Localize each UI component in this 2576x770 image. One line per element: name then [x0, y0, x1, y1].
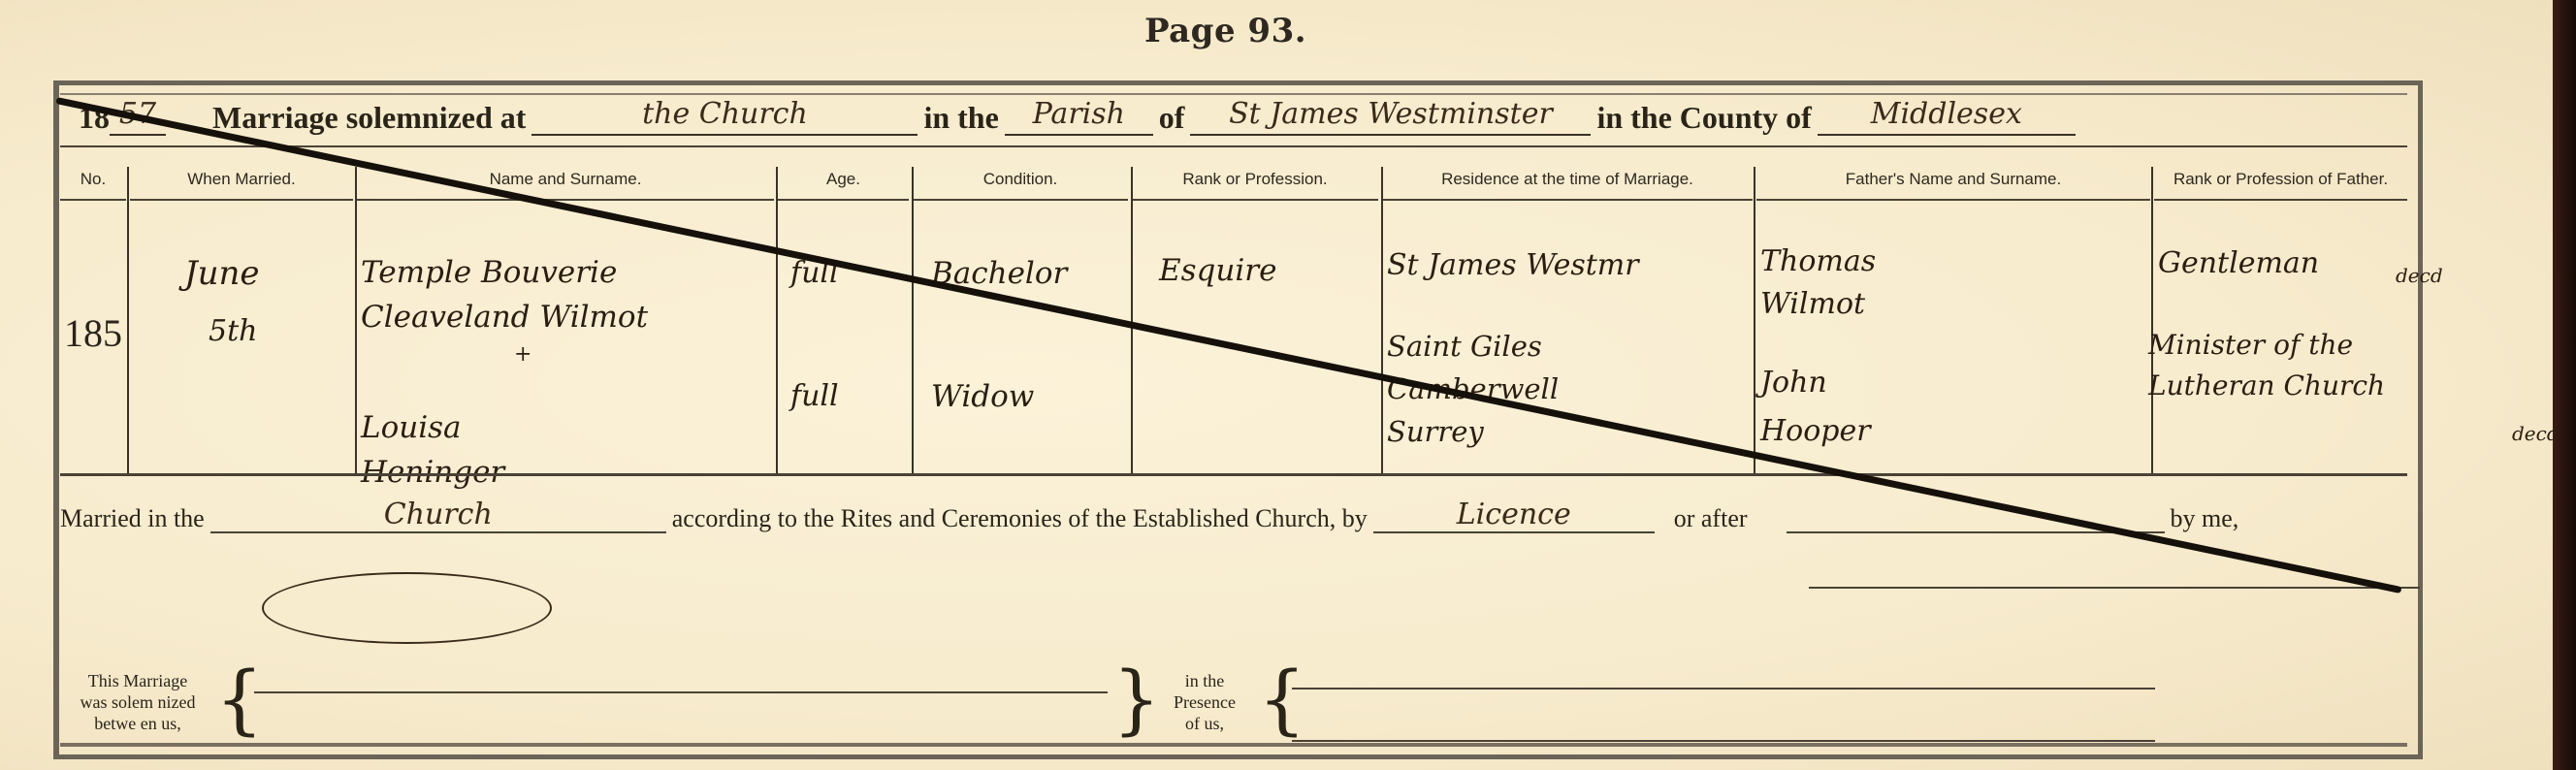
groom-residence: St James Westmr [1387, 242, 1639, 289]
groom-name: Temple Bouverie Cleaveland Wilmot [361, 250, 648, 339]
party-signature-line-1 [254, 691, 1108, 693]
page-number: Page 93. [1144, 12, 1306, 50]
column-divider [1381, 167, 1383, 475]
col-header-when-married: When Married. [130, 160, 353, 201]
bride-age: full [790, 373, 839, 420]
entry-number: 185 [58, 310, 128, 356]
frame-bottom-rule [60, 743, 2407, 747]
by-me-label: by me, [2165, 504, 2245, 533]
of-label: of [1153, 100, 1191, 136]
in-the-label: in the [918, 100, 1004, 136]
col-header-father-name: Father's Name and Surname. [1756, 160, 2150, 201]
column-divider [355, 167, 357, 475]
left-brace-icon: { [1258, 662, 1306, 738]
married-in-place-field: Church [210, 498, 666, 533]
rites-ceremonies-label: according to the Rites and Ceremonies of… [666, 504, 1373, 533]
col-header-name: Name and Surname. [357, 160, 774, 201]
col-header-age: Age. [778, 160, 909, 201]
groom-father-rank: Gentleman [2158, 241, 2319, 287]
column-divider [2151, 167, 2153, 475]
or-after-label: or after [1655, 504, 1787, 533]
when-married-month: June [184, 250, 260, 297]
presence-of-label: in the Presence of us, [1151, 670, 1258, 734]
marriage-method-field: Licence [1373, 498, 1655, 533]
county-field: Middlesex [1818, 95, 2076, 136]
officiant-signature-line [1809, 587, 2420, 589]
bride-father-name: John Hooper [1760, 359, 1871, 456]
column-header-row: No. When Married. Name and Surname. Age.… [60, 160, 2407, 199]
venue-field: the Church [531, 95, 918, 136]
entry-heading: 18 57 . Marriage solemnized at the Churc… [73, 89, 2076, 136]
column-divider [1754, 167, 1755, 475]
married-in-label: Married in the [60, 504, 210, 533]
col-header-no: No. [60, 160, 126, 201]
bride-father-deceased-note: decd [2512, 422, 2560, 445]
column-divider [776, 167, 778, 475]
bride-residence: Saint Giles Camberwell Surrey [1387, 325, 1559, 453]
county-label: in the County of [1591, 100, 1817, 136]
col-header-residence: Residence at the time of Marriage. [1382, 160, 1753, 201]
heading-rule [60, 145, 2407, 147]
bride-name-text: Louisa Heninger [361, 405, 504, 495]
col-header-father-rank: Rank or Profession of Father. [2154, 160, 2407, 201]
entry-row-bottom-rule [60, 473, 2407, 476]
bride-father-rank: Minister of the Lutheran Church [2148, 325, 2385, 406]
witness-signature-line-2 [1292, 740, 2155, 742]
handwritten-flourish [262, 572, 552, 644]
book-spine-edge [2553, 0, 2576, 770]
groom-rank: Esquire [1159, 247, 1276, 294]
solemnized-between-label: This Marriage was solem nized betwe en u… [60, 670, 215, 734]
division-field: Parish [1005, 95, 1153, 136]
witness-signature-line-1 [1292, 688, 2155, 690]
groom-father-name: Thomas Wilmot [1760, 241, 1876, 326]
when-married-day: 5th [209, 308, 257, 355]
col-header-rank: Rank or Profession. [1132, 160, 1378, 201]
signature-block: This Marriage was solem nized betwe en u… [60, 664, 2407, 752]
col-header-condition: Condition. [913, 160, 1128, 201]
left-brace-icon: { [215, 662, 264, 738]
groom-father-deceased-note: decd [2396, 264, 2443, 287]
parish-field: St James Westminster [1190, 95, 1591, 136]
bride-condition: Widow [931, 373, 1034, 420]
column-divider [912, 167, 914, 475]
marriage-solemnized-label: Marriage solemnized at [207, 100, 531, 136]
name-conjunction: + [514, 332, 531, 378]
